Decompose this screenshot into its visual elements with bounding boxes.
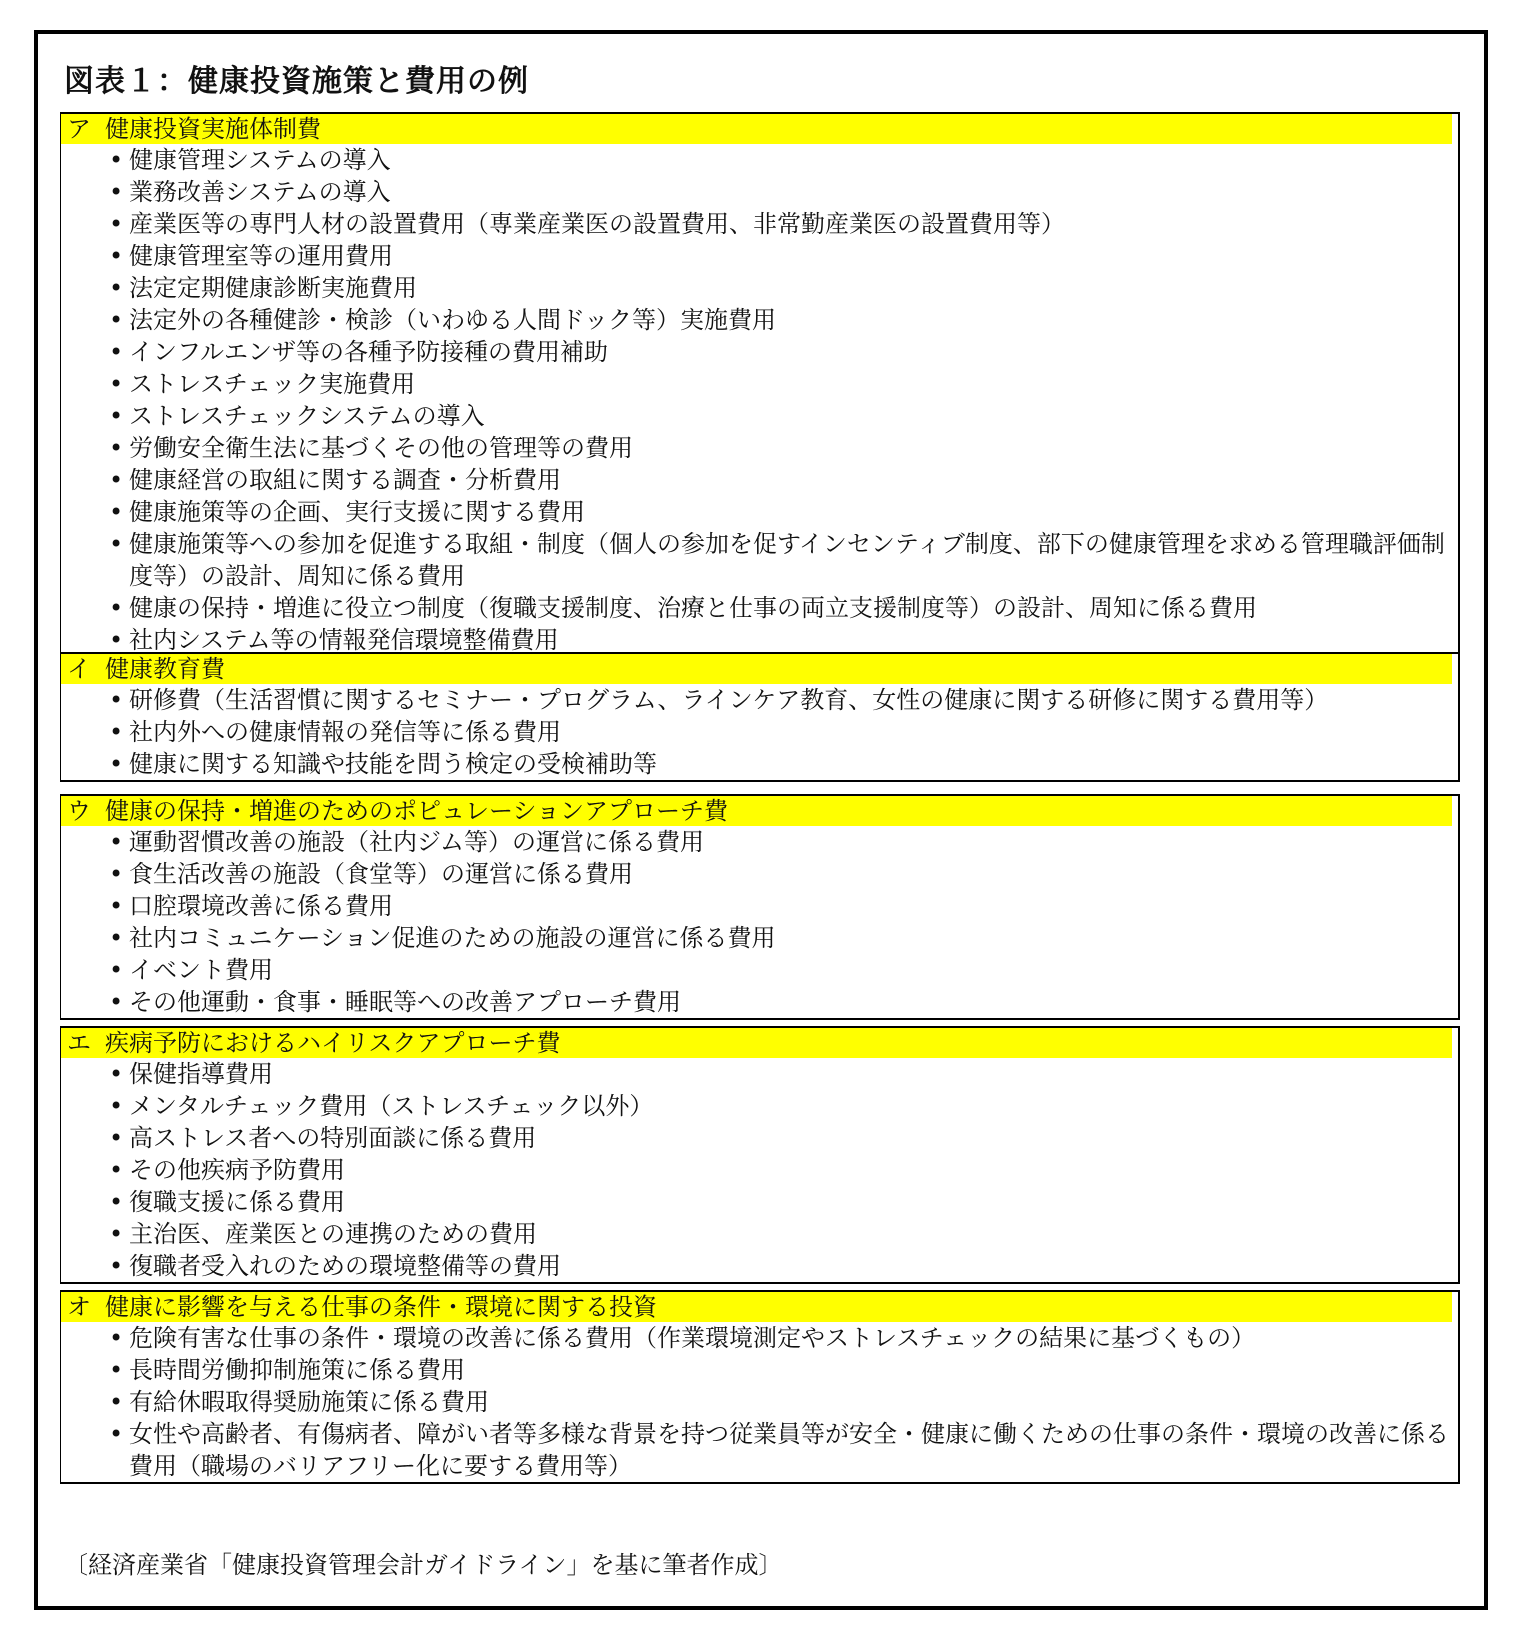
list-item-text: 健康管理システムの導入 [129,146,391,174]
bullet-icon: • [109,176,123,208]
section-header: ウ健康の保持・増進のためのポピュレーションアプローチ費 [61,796,1452,826]
bullet-icon: • [109,368,123,400]
list-item-text: 復職支援に係る費用 [129,1188,345,1216]
bullet-icon: • [109,748,123,780]
item-list: •運動習慣改善の施設（社内ジム等）の運営に係る費用•食生活改善の施設（食堂等）の… [61,826,1458,1018]
list-item-text: インフルエンザ等の各種予防接種の費用補助 [129,338,608,366]
bullet-icon: • [109,890,123,922]
bullet-icon: • [109,1122,123,1154]
list-item-text: 健康に関する知識や技能を問う検定の受検補助等 [129,750,657,778]
list-item: •長時間労働抑制施策に係る費用 [107,1354,1458,1386]
bullet-icon: • [109,858,123,890]
list-item: •女性や高齢者、有傷病者、障がい者等多様な背景を持つ従業員等が安全・健康に働くた… [107,1418,1458,1482]
section-4: エ疾病予防におけるハイリスクアプローチ費•保健指導費用•メンタルチェック費用（ス… [60,1026,1460,1284]
bullet-icon: • [109,400,123,432]
section-2: イ健康教育費•研修費（生活習慣に関するセミナー・プログラム、ラインケア教育、女性… [60,652,1460,782]
bullet-icon: • [109,464,123,496]
list-item-text: ストレスチェック実施費用 [129,370,415,398]
list-item: •運動習慣改善の施設（社内ジム等）の運営に係る費用 [107,826,1458,858]
bullet-icon: • [109,1154,123,1186]
section-heading: 健康に影響を与える仕事の条件・環境に関する投資 [105,1293,657,1321]
bullet-icon: • [109,1058,123,1090]
list-item: •健康施策等の企画、実行支援に関する費用 [107,496,1458,528]
list-item: •高ストレス者への特別面談に係る費用 [107,1122,1458,1154]
list-item: •社内外への健康情報の発信等に係る費用 [107,716,1458,748]
bullet-icon: • [109,986,123,1018]
list-item-text: 健康管理室等の運用費用 [129,242,393,270]
list-item: •その他運動・食事・睡眠等への改善アプローチ費用 [107,986,1458,1018]
section-heading: 健康の保持・増進のためのポピュレーションアプローチ費 [105,797,728,825]
section-header: オ健康に影響を与える仕事の条件・環境に関する投資 [61,1292,1452,1322]
list-item: •復職者受入れのための環境整備等の費用 [107,1250,1458,1282]
bullet-icon: • [109,1418,123,1450]
list-item-text: 長時間労働抑制施策に係る費用 [129,1356,465,1384]
bullet-icon: • [109,1186,123,1218]
list-item: •労働安全衛生法に基づくその他の管理等の費用 [107,432,1458,464]
bullet-icon: • [109,826,123,858]
section-heading: 健康投資実施体制費 [105,115,321,143]
figure-title: 図表１：健康投資施策と費用の例 [64,56,529,100]
section-heading: 疾病予防におけるハイリスクアプローチ費 [105,1029,561,1057]
list-item-text: 社内外への健康情報の発信等に係る費用 [129,718,561,746]
item-list: •研修費（生活習慣に関するセミナー・プログラム、ラインケア教育、女性の健康に関す… [61,684,1458,780]
list-item: •健康管理システムの導入 [107,144,1458,176]
list-item-text: 高ストレス者への特別面談に係る費用 [129,1124,536,1152]
list-item: •健康施策等への参加を促進する取組・制度（個人の参加を促すインセンティブ制度、部… [107,528,1458,592]
list-item-text: 運動習慣改善の施設（社内ジム等）の運営に係る費用 [129,828,704,856]
list-item: •インフルエンザ等の各種予防接種の費用補助 [107,336,1458,368]
section-header: イ健康教育費 [61,654,1452,684]
list-item-text: ストレスチェックシステムの導入 [129,402,485,430]
list-item: •イベント費用 [107,954,1458,986]
section-mark: ア [67,114,105,144]
list-item-text: 産業医等の専門人材の設置費用（専業産業医の設置費用、非常勤産業医の設置費用等） [129,210,1065,238]
bullet-icon: • [109,528,123,560]
list-item: •健康管理室等の運用費用 [107,240,1458,272]
list-item-text: その他疾病予防費用 [129,1156,345,1184]
list-item-text: 健康経営の取組に関する調査・分析費用 [129,466,561,494]
list-item: •メンタルチェック費用（ストレスチェック以外） [107,1090,1458,1122]
bullet-icon: • [109,922,123,954]
list-item-text: 口腔環境改善に係る費用 [129,892,393,920]
list-item-text: 保健指導費用 [129,1060,273,1088]
list-item: •ストレスチェックシステムの導入 [107,400,1458,432]
list-item: •主治医、産業医との連携のための費用 [107,1218,1458,1250]
list-item-text: 健康施策等の企画、実行支援に関する費用 [129,498,585,526]
item-list: •健康管理システムの導入•業務改善システムの導入•産業医等の専門人材の設置費用（… [61,144,1458,656]
bullet-icon: • [109,592,123,624]
bullet-icon: • [109,144,123,176]
bullet-icon: • [109,954,123,986]
list-item-text: 食生活改善の施設（食堂等）の運営に係る費用 [129,860,633,888]
bullet-icon: • [109,1250,123,1282]
bullet-icon: • [109,336,123,368]
bullet-icon: • [109,240,123,272]
item-list: •危険有害な仕事の条件・環境の改善に係る費用（作業環境測定やストレスチェックの結… [61,1322,1458,1482]
bullet-icon: • [109,1322,123,1354]
list-item-text: メンタルチェック費用（ストレスチェック以外） [129,1092,653,1120]
list-item-text: 業務改善システムの導入 [129,178,391,206]
bullet-icon: • [109,304,123,336]
list-item-text: 有給休暇取得奨励施策に係る費用 [129,1388,489,1416]
section-1: ア健康投資実施体制費•健康管理システムの導入•業務改善システムの導入•産業医等の… [60,112,1460,658]
list-item: •復職支援に係る費用 [107,1186,1458,1218]
list-item: •危険有害な仕事の条件・環境の改善に係る費用（作業環境測定やストレスチェックの結… [107,1322,1458,1354]
bullet-icon: • [109,496,123,528]
list-item: •保健指導費用 [107,1058,1458,1090]
section-5: オ健康に影響を与える仕事の条件・環境に関する投資•危険有害な仕事の条件・環境の改… [60,1290,1460,1484]
list-item: •社内コミュニケーション促進のための施設の運営に係る費用 [107,922,1458,954]
bullet-icon: • [109,272,123,304]
list-item-text: 復職者受入れのための環境整備等の費用 [129,1252,561,1280]
section-header: ア健康投資実施体制費 [61,114,1452,144]
list-item-text: 労働安全衛生法に基づくその他の管理等の費用 [129,434,633,462]
source-note: 〔経済産業省「健康投資管理会計ガイドライン」を基に筆者作成〕 [64,1545,783,1580]
list-item: •健康経営の取組に関する調査・分析費用 [107,464,1458,496]
list-item-text: 法定定期健康診断実施費用 [129,274,417,302]
section-mark: エ [67,1028,105,1058]
section-header: エ疾病予防におけるハイリスクアプローチ費 [61,1028,1452,1058]
list-item: •口腔環境改善に係る費用 [107,890,1458,922]
bullet-icon: • [109,1354,123,1386]
list-item: •有給休暇取得奨励施策に係る費用 [107,1386,1458,1418]
figure-frame: 図表１：健康投資施策と費用の例 ア健康投資実施体制費•健康管理システムの導入•業… [34,30,1488,1610]
list-item-text: 社内コミュニケーション促進のための施設の運営に係る費用 [129,924,776,952]
list-item: •法定定期健康診断実施費用 [107,272,1458,304]
list-item-text: 健康施策等への参加を促進する取組・制度（個人の参加を促すインセンティブ制度、部下… [129,530,1445,590]
list-item: •産業医等の専門人材の設置費用（専業産業医の設置費用、非常勤産業医の設置費用等） [107,208,1458,240]
list-item: •研修費（生活習慣に関するセミナー・プログラム、ラインケア教育、女性の健康に関す… [107,684,1458,716]
list-item-text: その他運動・食事・睡眠等への改善アプローチ費用 [129,988,681,1016]
section-mark: ウ [67,796,105,826]
bullet-icon: • [109,432,123,464]
list-item: •業務改善システムの導入 [107,176,1458,208]
bullet-icon: • [109,1090,123,1122]
list-item: •ストレスチェック実施費用 [107,368,1458,400]
list-item: •健康の保持・増進に役立つ制度（復職支援制度、治療と仕事の両立支援制度等）の設計… [107,592,1458,624]
bullet-icon: • [109,716,123,748]
item-list: •保健指導費用•メンタルチェック費用（ストレスチェック以外）•高ストレス者への特… [61,1058,1458,1282]
list-item: •食生活改善の施設（食堂等）の運営に係る費用 [107,858,1458,890]
section-mark: イ [67,654,105,684]
list-item-text: 社内システム等の情報発信環境整備費用 [129,626,559,654]
bullet-icon: • [109,684,123,716]
list-item-text: 法定外の各種健診・検診（いわゆる人間ドック等）実施費用 [129,306,776,334]
list-item-text: イベント費用 [129,956,273,984]
list-item-text: 研修費（生活習慣に関するセミナー・プログラム、ラインケア教育、女性の健康に関する… [129,686,1328,714]
list-item: •健康に関する知識や技能を問う検定の受検補助等 [107,748,1458,780]
list-item-text: 女性や高齢者、有傷病者、障がい者等多様な背景を持つ従業員等が安全・健康に働くため… [129,1420,1449,1480]
section-heading: 健康教育費 [105,655,225,683]
section-mark: オ [67,1292,105,1322]
section-3: ウ健康の保持・増進のためのポピュレーションアプローチ費•運動習慣改善の施設（社内… [60,794,1460,1020]
bullet-icon: • [109,1386,123,1418]
list-item: •法定外の各種健診・検診（いわゆる人間ドック等）実施費用 [107,304,1458,336]
bullet-icon: • [109,208,123,240]
list-item-text: 主治医、産業医との連携のための費用 [129,1220,537,1248]
list-item-text: 健康の保持・増進に役立つ制度（復職支援制度、治療と仕事の両立支援制度等）の設計、… [129,594,1257,622]
bullet-icon: • [109,1218,123,1250]
list-item: •その他疾病予防費用 [107,1154,1458,1186]
list-item-text: 危険有害な仕事の条件・環境の改善に係る費用（作業環境測定やストレスチェックの結果… [129,1324,1255,1352]
